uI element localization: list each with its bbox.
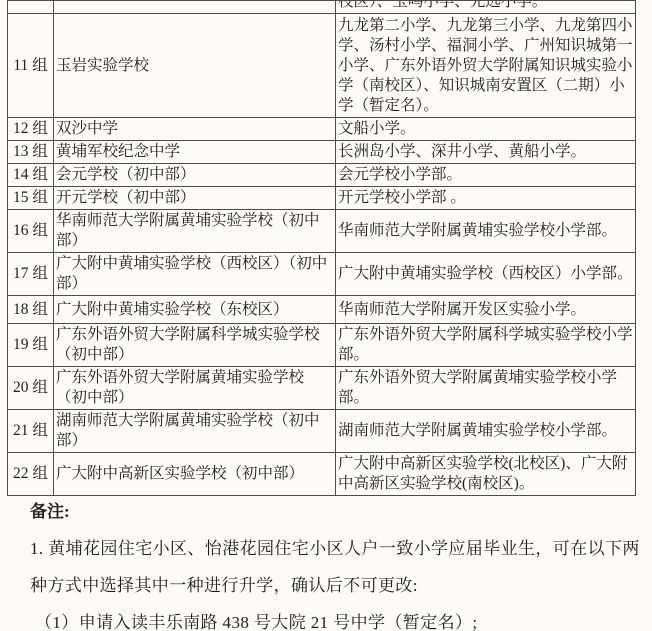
table-row: 22 组 广大附中高新区实验学校（初中部） 广大附中高新区实验学校(北校区)、广… [8,453,636,496]
middle-school-cell: 玉岩实验学校 [54,14,336,118]
group-cell: 12 组 [8,118,54,141]
table-row: 19 组 广东外语外贸大学附属科学城实验学校（初中部） 广东外语外贸大学附属科学… [8,324,636,367]
middle-school-cell: 华南师范大学附属黄埔实验学校（初中部） [54,210,336,253]
middle-school-cell: 双沙中学 [54,118,336,141]
group-cell: 11 组 [8,14,54,118]
primary-schools-cell: 文船小学。 [336,118,636,141]
primary-schools-cell: 华南师范大学附属开发区实验小学。 [336,296,636,324]
primary-schools-cell: 湖南师范大学附属黄埔实验学校小学部。 [336,410,636,453]
school-assignment-table: 校区）、玉鸣小学、光远小学。 11 组 玉岩实验学校 九龙第二小学、九龙第三小学… [7,0,636,496]
primary-schools-cell: 广大附中黄埔实验学校（西校区）小学部。 [336,253,636,296]
note-line-3: （1）申请入读丰乐南路 438 号大院 21 号中学（暂定名）; [30,612,636,631]
primary-schools-cell: 广大附中高新区实验学校(北校区)、广大附中高新区实验学校(南校区)。 [336,453,636,496]
middle-school-cell: 开元学校（初中部） [54,187,336,210]
table-row: 17 组 广大附中黄埔实验学校（西校区）（初中部） 广大附中黄埔实验学校（西校区… [8,253,636,296]
primary-schools-cell: 广东外语外贸大学附属科学城实验学校小学部。 [336,324,636,367]
primary-schools-cell: 会元学校小学部。 [336,164,636,187]
middle-school-cell [54,1,336,14]
middle-school-cell: 黄埔军校纪念中学 [54,141,336,164]
table-row: 11 组 玉岩实验学校 九龙第二小学、九龙第三小学、九龙第四小学、汤村小学、福洞… [8,14,636,118]
primary-schools-cell: 长洲岛小学、深井小学、黄船小学。 [336,141,636,164]
table-row: 14 组 会元学校（初中部） 会元学校小学部。 [8,164,636,187]
middle-school-cell: 会元学校（初中部） [54,164,336,187]
middle-school-cell: 广东外语外贸大学附属科学城实验学校（初中部） [54,324,336,367]
group-cell [8,1,54,14]
notes-section: 备注: 1. 黄埔花园住宅小区、怡港花园住宅小区人户一致小学应届毕业生，可在以下… [30,497,636,631]
primary-schools-cell: 广东外语外贸大学附属黄埔实验学校小学部。 [336,367,636,410]
middle-school-cell: 广大附中高新区实验学校（初中部） [54,453,336,496]
table-row: 16 组 华南师范大学附属黄埔实验学校（初中部） 华南师范大学附属黄埔实验学校小… [8,210,636,253]
school-assignment-table-wrap: 校区）、玉鸣小学、光远小学。 11 组 玉岩实验学校 九龙第二小学、九龙第三小学… [7,0,635,496]
notes-heading: 备注: [30,501,636,523]
group-cell: 22 组 [8,453,54,496]
note-line-1: 1. 黄埔花园住宅小区、怡港花园住宅小区人户一致小学应届毕业生，可在以下两 [30,538,636,560]
note-line-2: 种方式中选择其中一种进行升学，确认后不可更改: [30,575,636,597]
group-cell: 17 组 [8,253,54,296]
group-cell: 21 组 [8,410,54,453]
table-row: 21 组 湖南师范大学附属黄埔实验学校（初中部） 湖南师范大学附属黄埔实验学校小… [8,410,636,453]
group-cell: 16 组 [8,210,54,253]
table-row: 18 组 广大附中黄埔实验学校（东校区） 华南师范大学附属开发区实验小学。 [8,296,636,324]
group-cell: 15 组 [8,187,54,210]
table-row-partial: 校区）、玉鸣小学、光远小学。 [8,1,636,14]
primary-schools-cell: 华南师范大学附属黄埔实验学校小学部。 [336,210,636,253]
table-row: 20 组 广东外语外贸大学附属黄埔实验学校（初中部） 广东外语外贸大学附属黄埔实… [8,367,636,410]
primary-schools-cell: 九龙第二小学、九龙第三小学、九龙第四小学、汤村小学、福洞小学、广州知识城第一小学… [336,14,636,118]
middle-school-cell: 湖南师范大学附属黄埔实验学校（初中部） [54,410,336,453]
group-cell: 13 组 [8,141,54,164]
primary-schools-cell: 开元学校小学部 。 [336,187,636,210]
table-row: 15 组 开元学校（初中部） 开元学校小学部 。 [8,187,636,210]
table-row: 12 组 双沙中学 文船小学。 [8,118,636,141]
group-cell: 19 组 [8,324,54,367]
group-cell: 14 组 [8,164,54,187]
group-cell: 20 组 [8,367,54,410]
table-row: 13 组 黄埔军校纪念中学 长洲岛小学、深井小学、黄船小学。 [8,141,636,164]
primary-schools-cell: 校区）、玉鸣小学、光远小学。 [336,1,636,14]
middle-school-cell: 广东外语外贸大学附属黄埔实验学校（初中部） [54,367,336,410]
group-cell: 18 组 [8,296,54,324]
clipped-row-text: 校区）、玉鸣小学、光远小学。 [338,1,547,13]
middle-school-cell: 广大附中黄埔实验学校（东校区） [54,296,336,324]
middle-school-cell: 广大附中黄埔实验学校（西校区）（初中部） [54,253,336,296]
